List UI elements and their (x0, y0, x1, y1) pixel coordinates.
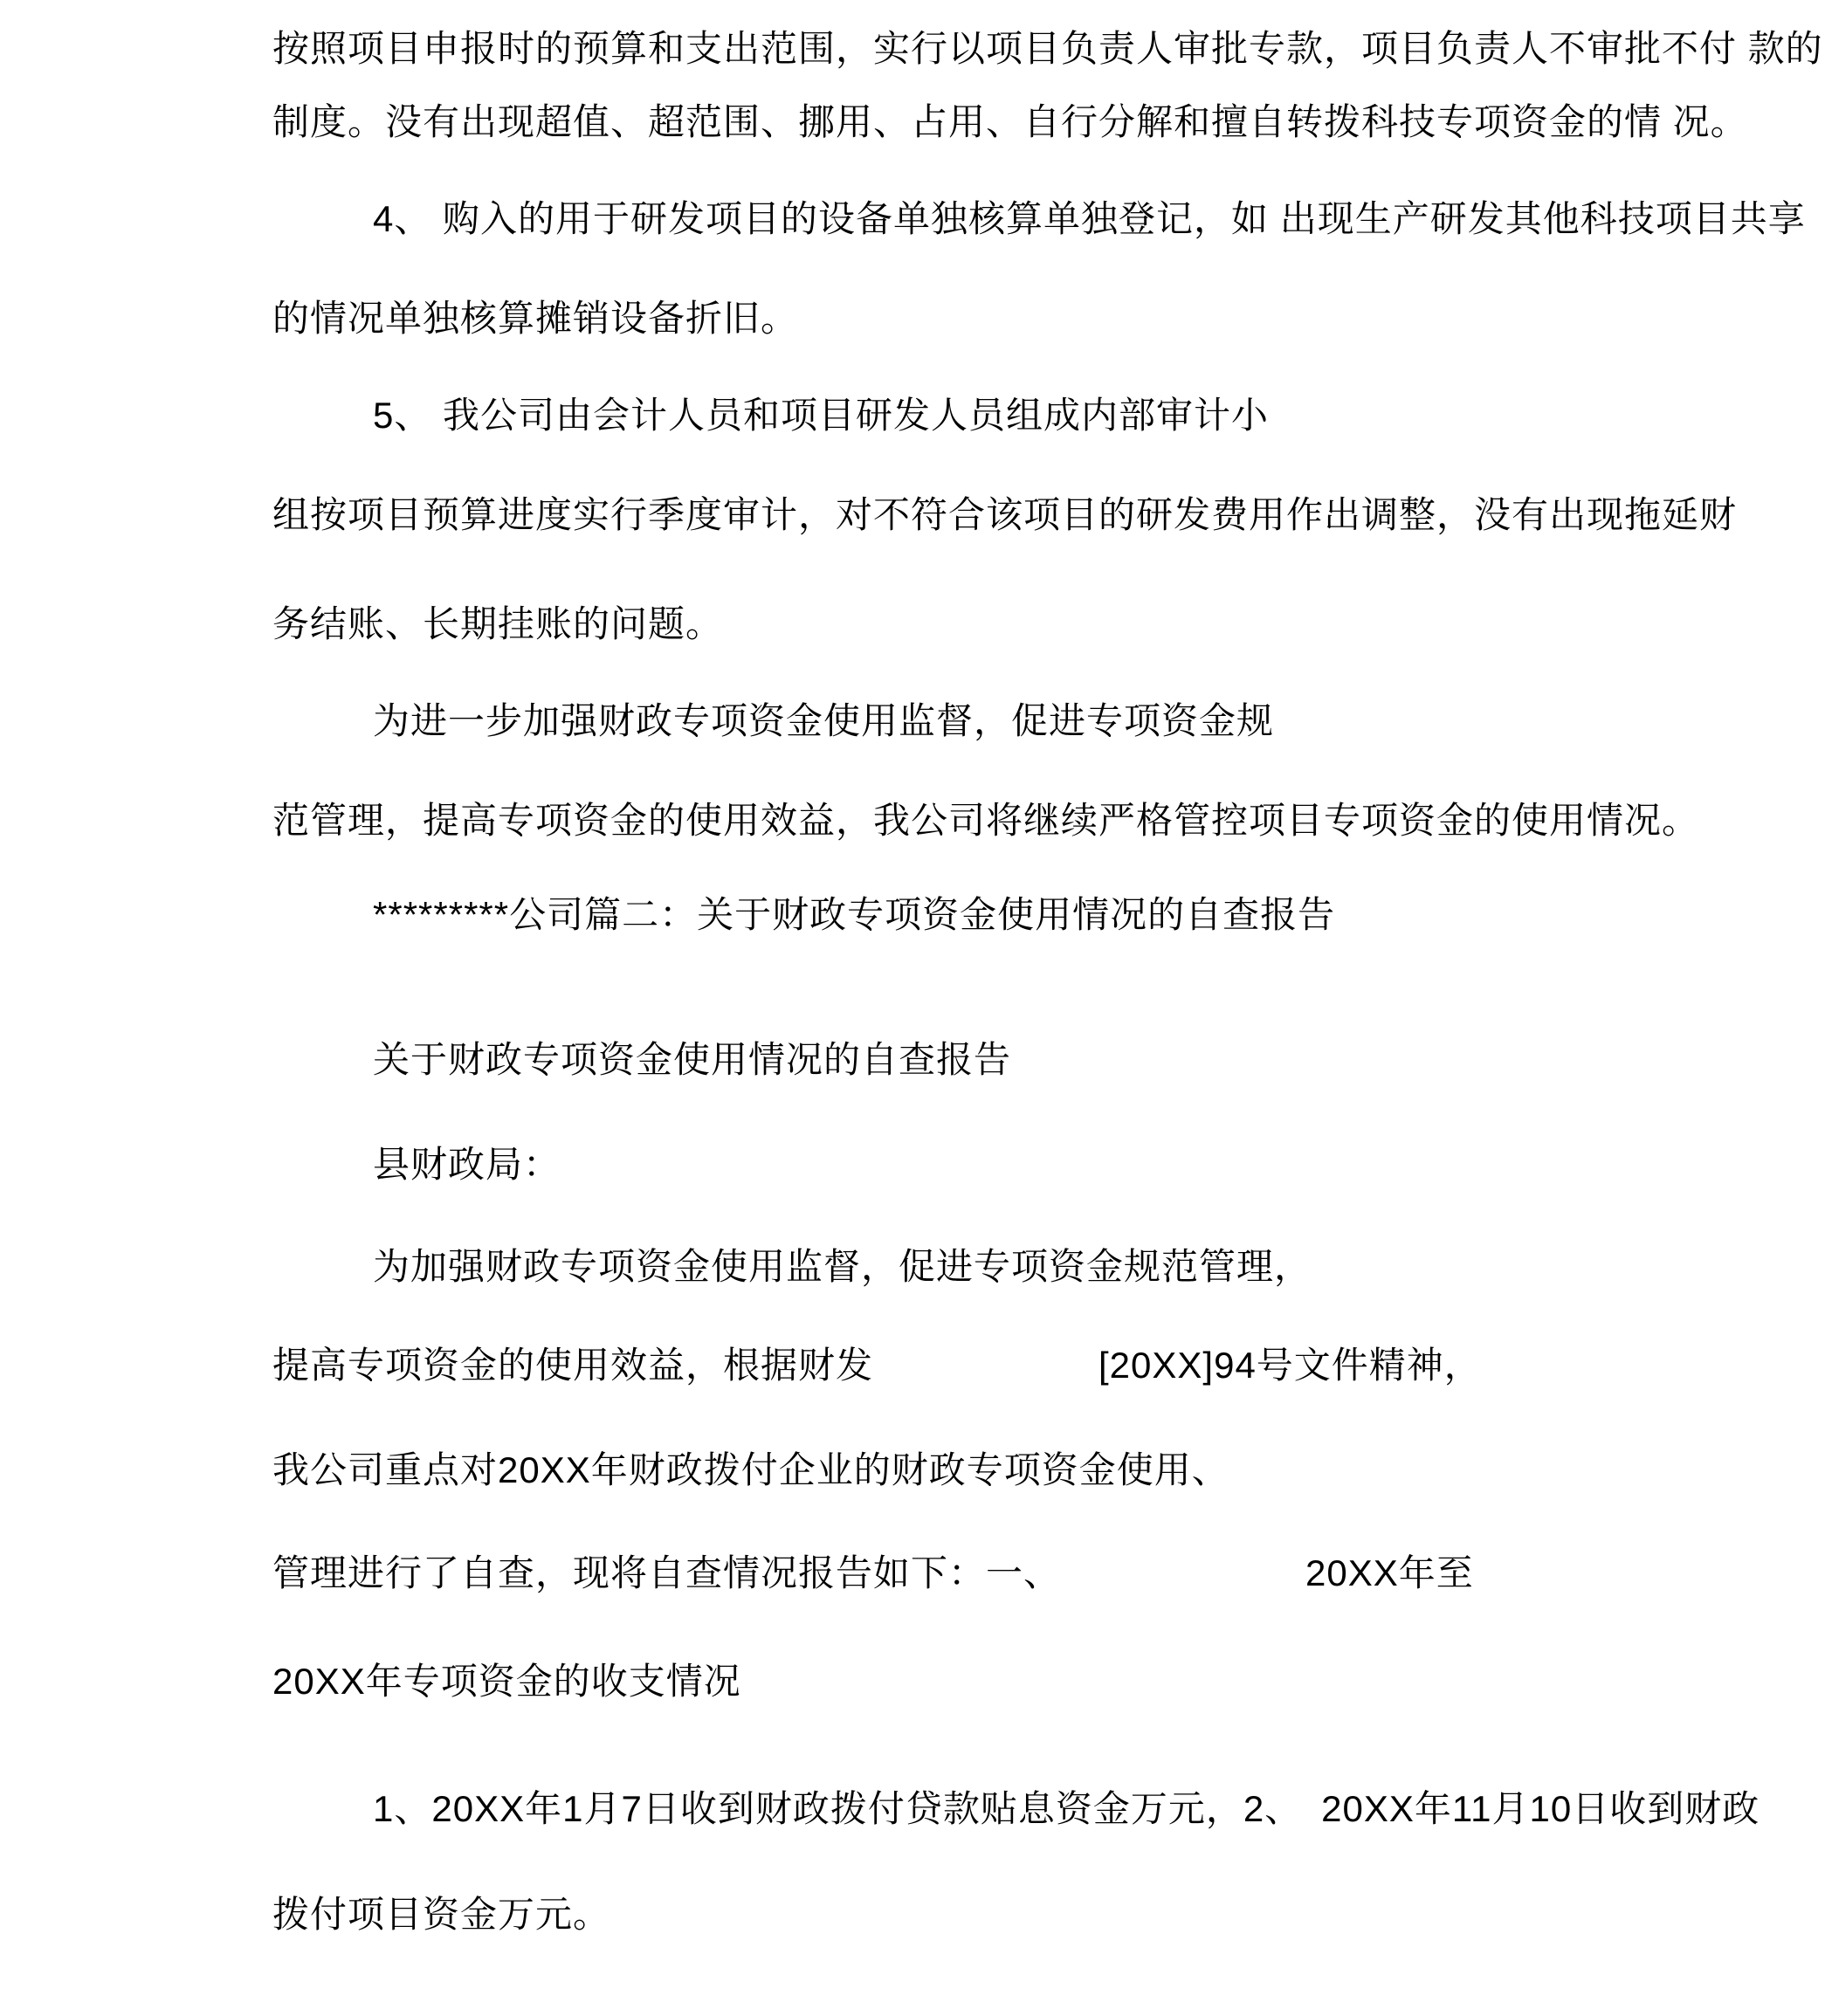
text-line-5: 5、 我公司由会计人员和项目研发人员组成内部审计小 (272, 395, 1808, 437)
text-line-18: 1、20XX年1月7日收到财政拨付贷款贴息资金万元，2、 20XX年11月10日… (272, 1788, 1808, 1830)
text-line-2: 制度。没有出现超值、超范围、挪用、占用、自行分解和擅自转拨科技专项资金的情 况。 (272, 101, 1808, 143)
text-line-11: 关于财政专项资金使用情况的自查报告 (272, 1039, 1808, 1081)
text-line-19: 拨付项目资金万元。 (272, 1894, 1808, 1936)
document-page: 按照项目申报时的预算和支出范围，实行以项目负责人审批专款，项目负责人不审批不付 … (0, 0, 1825, 2016)
text-line-13: 为加强财政专项资金使用监督，促进专项资金规范管理， (272, 1246, 1808, 1288)
text-line-15: 我公司重点对20XX年财政拨付企业的财政专项资金使用、 (272, 1449, 1808, 1491)
text-line-7: 务结账、长期挂账的问题。 (272, 603, 1808, 645)
text-line-4: 的情况单独核算摊销设备折旧。 (272, 298, 1808, 340)
text-line-8: 为进一步加强财政专项资金使用监督，促进专项资金规 (272, 700, 1808, 742)
text-line-6: 组按项目预算进度实行季度审计，对不符合该项目的研发费用作出调整，没有出现拖延财 (272, 494, 1808, 536)
text-line-9: 范管理，提高专项资金的使用效益，我公司将继续严格管控项目专项资金的使用情况。 (272, 800, 1808, 842)
text-line-1: 按照项目申报时的预算和支出范围，实行以项目负责人审批专款，项目负责人不审批不付 … (272, 28, 1808, 70)
text-line-16: 管理进行了自查，现将自查情况报告如下：一、 20XX年至 (272, 1552, 1808, 1594)
text-line-17: 20XX年专项资金的收支情况 (272, 1661, 1808, 1703)
text-line-14: 提高专项资金的使用效益，根据财发 [20XX]94号文件精神， (272, 1345, 1808, 1386)
text-line-3: 4、 购入的用于研发项目的设备单独核算单独登记，如 出现生产研发其他科技项目共享 (272, 198, 1808, 240)
text-line-10: *********公司篇二：关于财政专项资金使用情况的自查报告 (272, 894, 1808, 936)
text-line-12: 县财政局： (272, 1144, 1808, 1186)
